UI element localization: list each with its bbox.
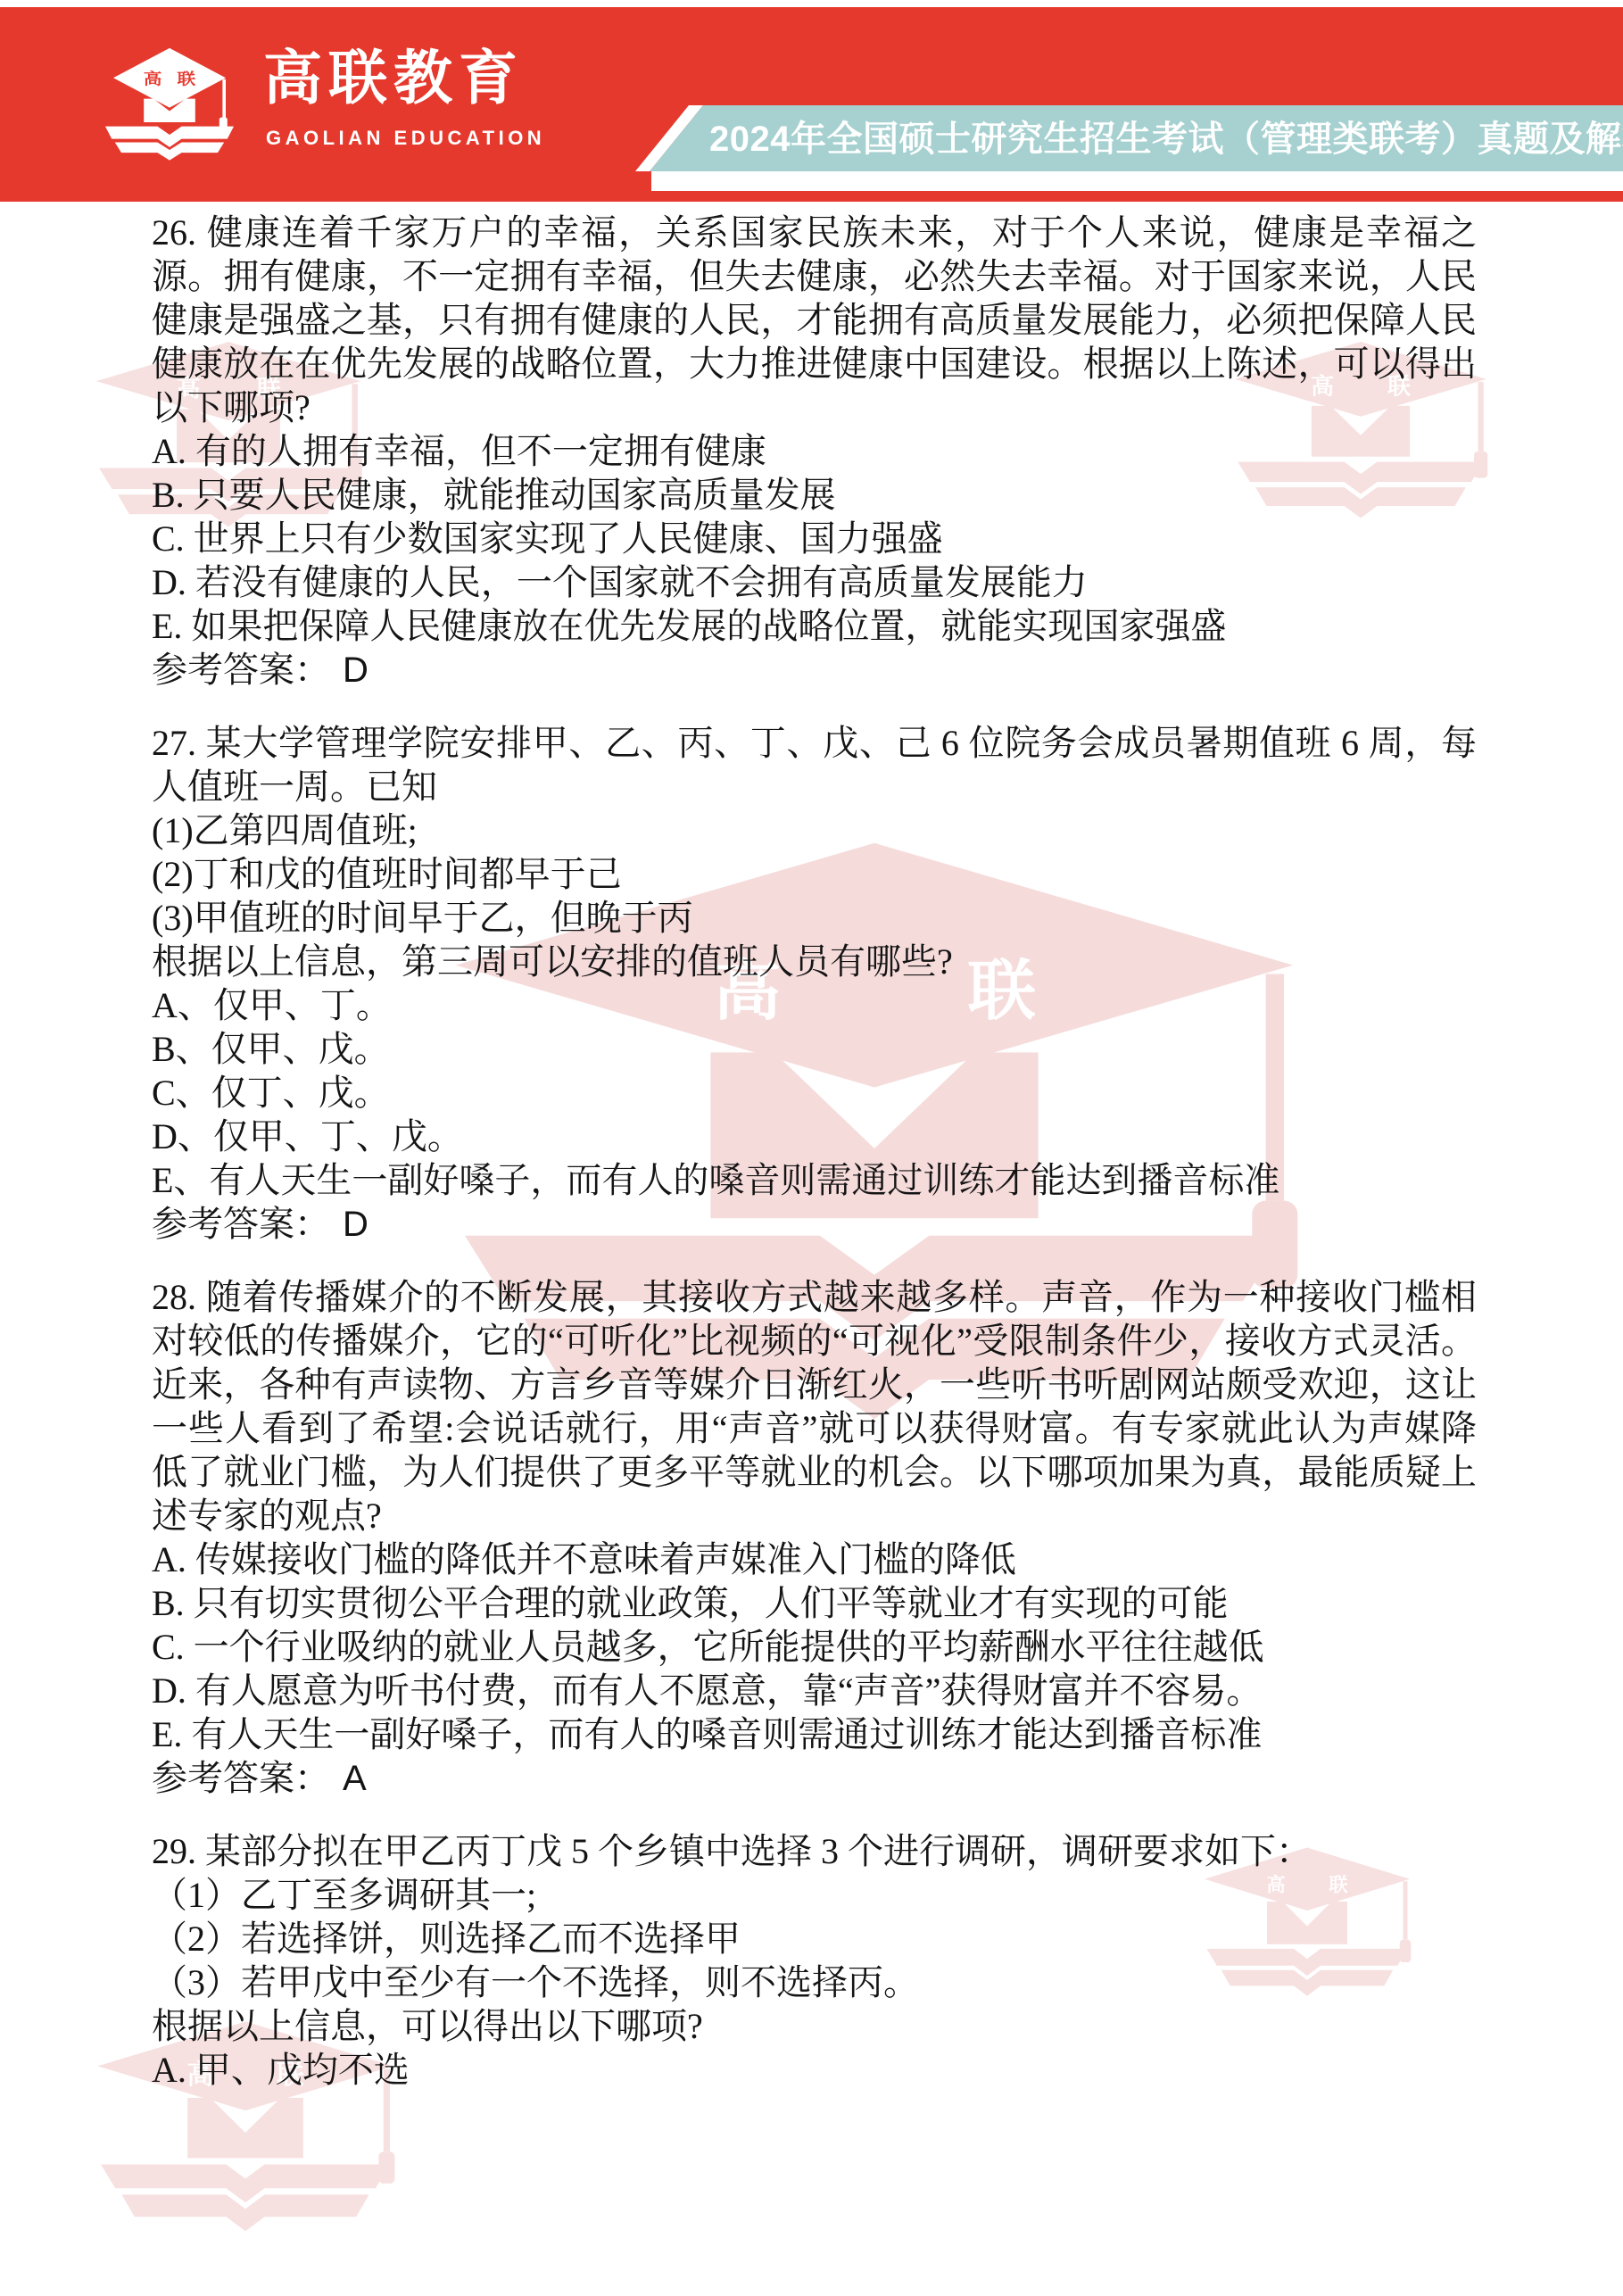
condition-line: （3）若甲戊中至少有一个不选择，则不选择丙。 (152, 1960, 1477, 2004)
option-line: A. 甲、戊均不选 (152, 2048, 1477, 2092)
option-line: B、仅甲、戊。 (152, 1027, 1477, 1071)
answer-label: 参考答案： (152, 1204, 330, 1244)
question-28: 28. 随着传播媒介的不断发展，其接收方式越来越多样。声音，作为一种接收门槛相对… (152, 1275, 1477, 1801)
answer-label: 参考答案： (152, 1758, 330, 1798)
option-line: A. 有的人拥有幸福，但不一定拥有健康 (152, 429, 1477, 473)
exam-document-page: 高 联 高 联 高 联 (0, 0, 1623, 2296)
condition-line: （2）若选择饼，则选择乙而不选择甲 (152, 1917, 1477, 1960)
answer-label: 参考答案： (152, 650, 330, 690)
question-prompt: 根据以上信息，可以得出以下哪项? (152, 2004, 1477, 2048)
answer-value: D (343, 1205, 368, 1244)
questions-body: 26. 健康连着千家万户的幸福，关系国家民族未来，对于个人来说，健康是幸福之源。… (152, 211, 1477, 2092)
option-line: C. 世界上只有少数国家实现了人民健康、国力强盛 (152, 517, 1477, 560)
option-line: B. 只有切实贯彻公平合理的就业政策，人们平等就业才有实现的可能 (152, 1581, 1477, 1625)
logo-cap-char: 联 (178, 70, 196, 88)
banner-title: 2024年全国硕士研究生招生考试（管理类联考）真题及解析 (709, 105, 1623, 171)
question-prompt: 根据以上信息，第三周可以安排的值班人员有哪些? (152, 940, 1477, 983)
answer-line: 参考答案：D (152, 1202, 1477, 1247)
logo-cap-char: 高 (144, 70, 162, 88)
answer-line: 参考答案：D (152, 648, 1477, 692)
question-stem: 28. 随着传播媒介的不断发展，其接收方式越来越多样。声音，作为一种接收门槛相对… (152, 1275, 1477, 1538)
answer-value: A (343, 1759, 367, 1798)
answer-line: 参考答案：A (152, 1756, 1477, 1801)
option-line: C. 一个行业吸纳的就业人员越多，它所能提供的平均薪酬水平往往越低 (152, 1625, 1477, 1669)
banner-band: 2024年全国硕士研究生招生考试（管理类联考）真题及解析 (625, 105, 1623, 171)
condition-line: (2)丁和戊的值班时间都早于己 (152, 852, 1477, 896)
option-line: E. 有人天生一副好嗓子，而有人的嗓音则需通过训练才能达到播音标准 (152, 1712, 1477, 1756)
question-26: 26. 健康连着千家万户的幸福，关系国家民族未来，对于个人来说，健康是幸福之源。… (152, 211, 1477, 692)
option-line: D、仅甲、丁、戊。 (152, 1115, 1477, 1158)
option-line: A、仅甲、丁。 (152, 983, 1477, 1027)
condition-line: (3)甲值班的时间早于乙，但晚于丙 (152, 896, 1477, 940)
brand-title: 高联教育 (263, 43, 524, 112)
condition-line: （1）乙丁至多调研其一; (152, 1873, 1477, 1917)
question-stem: 26. 健康连着千家万户的幸福，关系国家民族未来，对于个人来说，健康是幸福之源。… (152, 211, 1477, 429)
question-stem: 27. 某大学管理学院安排甲、乙、丙、丁、戊、己 6 位院务会成员暑期值班 6 … (152, 721, 1477, 808)
option-line: E、有人天生一副好嗓子，而有人的嗓音则需通过训练才能达到播音标准 (152, 1158, 1477, 1202)
option-line: A. 传媒接收门槛的降低并不意味着声媒准入门槛的降低 (152, 1538, 1477, 1581)
question-stem: 29. 某部分拟在甲乙丙丁戊 5 个乡镇中选择 3 个进行调研，调研要求如下： (152, 1829, 1477, 1873)
option-line: D. 若没有健康的人民，一个国家就不会拥有高质量发展能力 (152, 560, 1477, 604)
answer-value: D (343, 651, 368, 690)
option-line: E. 如果把保障人民健康放在优先发展的战略位置，就能实现国家强盛 (152, 604, 1477, 648)
option-line: B. 只要人民健康，就能推动国家高质量发展 (152, 473, 1477, 517)
question-27: 27. 某大学管理学院安排甲、乙、丙、丁、戊、己 6 位院务会成员暑期值班 6 … (152, 721, 1477, 1247)
option-line: D. 有人愿意为听书付费，而有人不愿意，靠“声音”获得财富并不容易。 (152, 1669, 1477, 1712)
banner-underline-gap (651, 171, 1623, 191)
question-29: 29. 某部分拟在甲乙丙丁戊 5 个乡镇中选择 3 个进行调研，调研要求如下： … (152, 1829, 1477, 2092)
condition-line: (1)乙第四周值班; (152, 808, 1477, 852)
page-header: 高 联 高联教育 GAOLIAN EDUCATION 2024年全国硕士研究生招… (0, 7, 1623, 202)
option-line: C、仅丁、戊。 (152, 1071, 1477, 1115)
gaolian-logo-icon: 高 联 (89, 45, 250, 162)
brand-subtitle: GAOLIAN EDUCATION (266, 127, 545, 150)
